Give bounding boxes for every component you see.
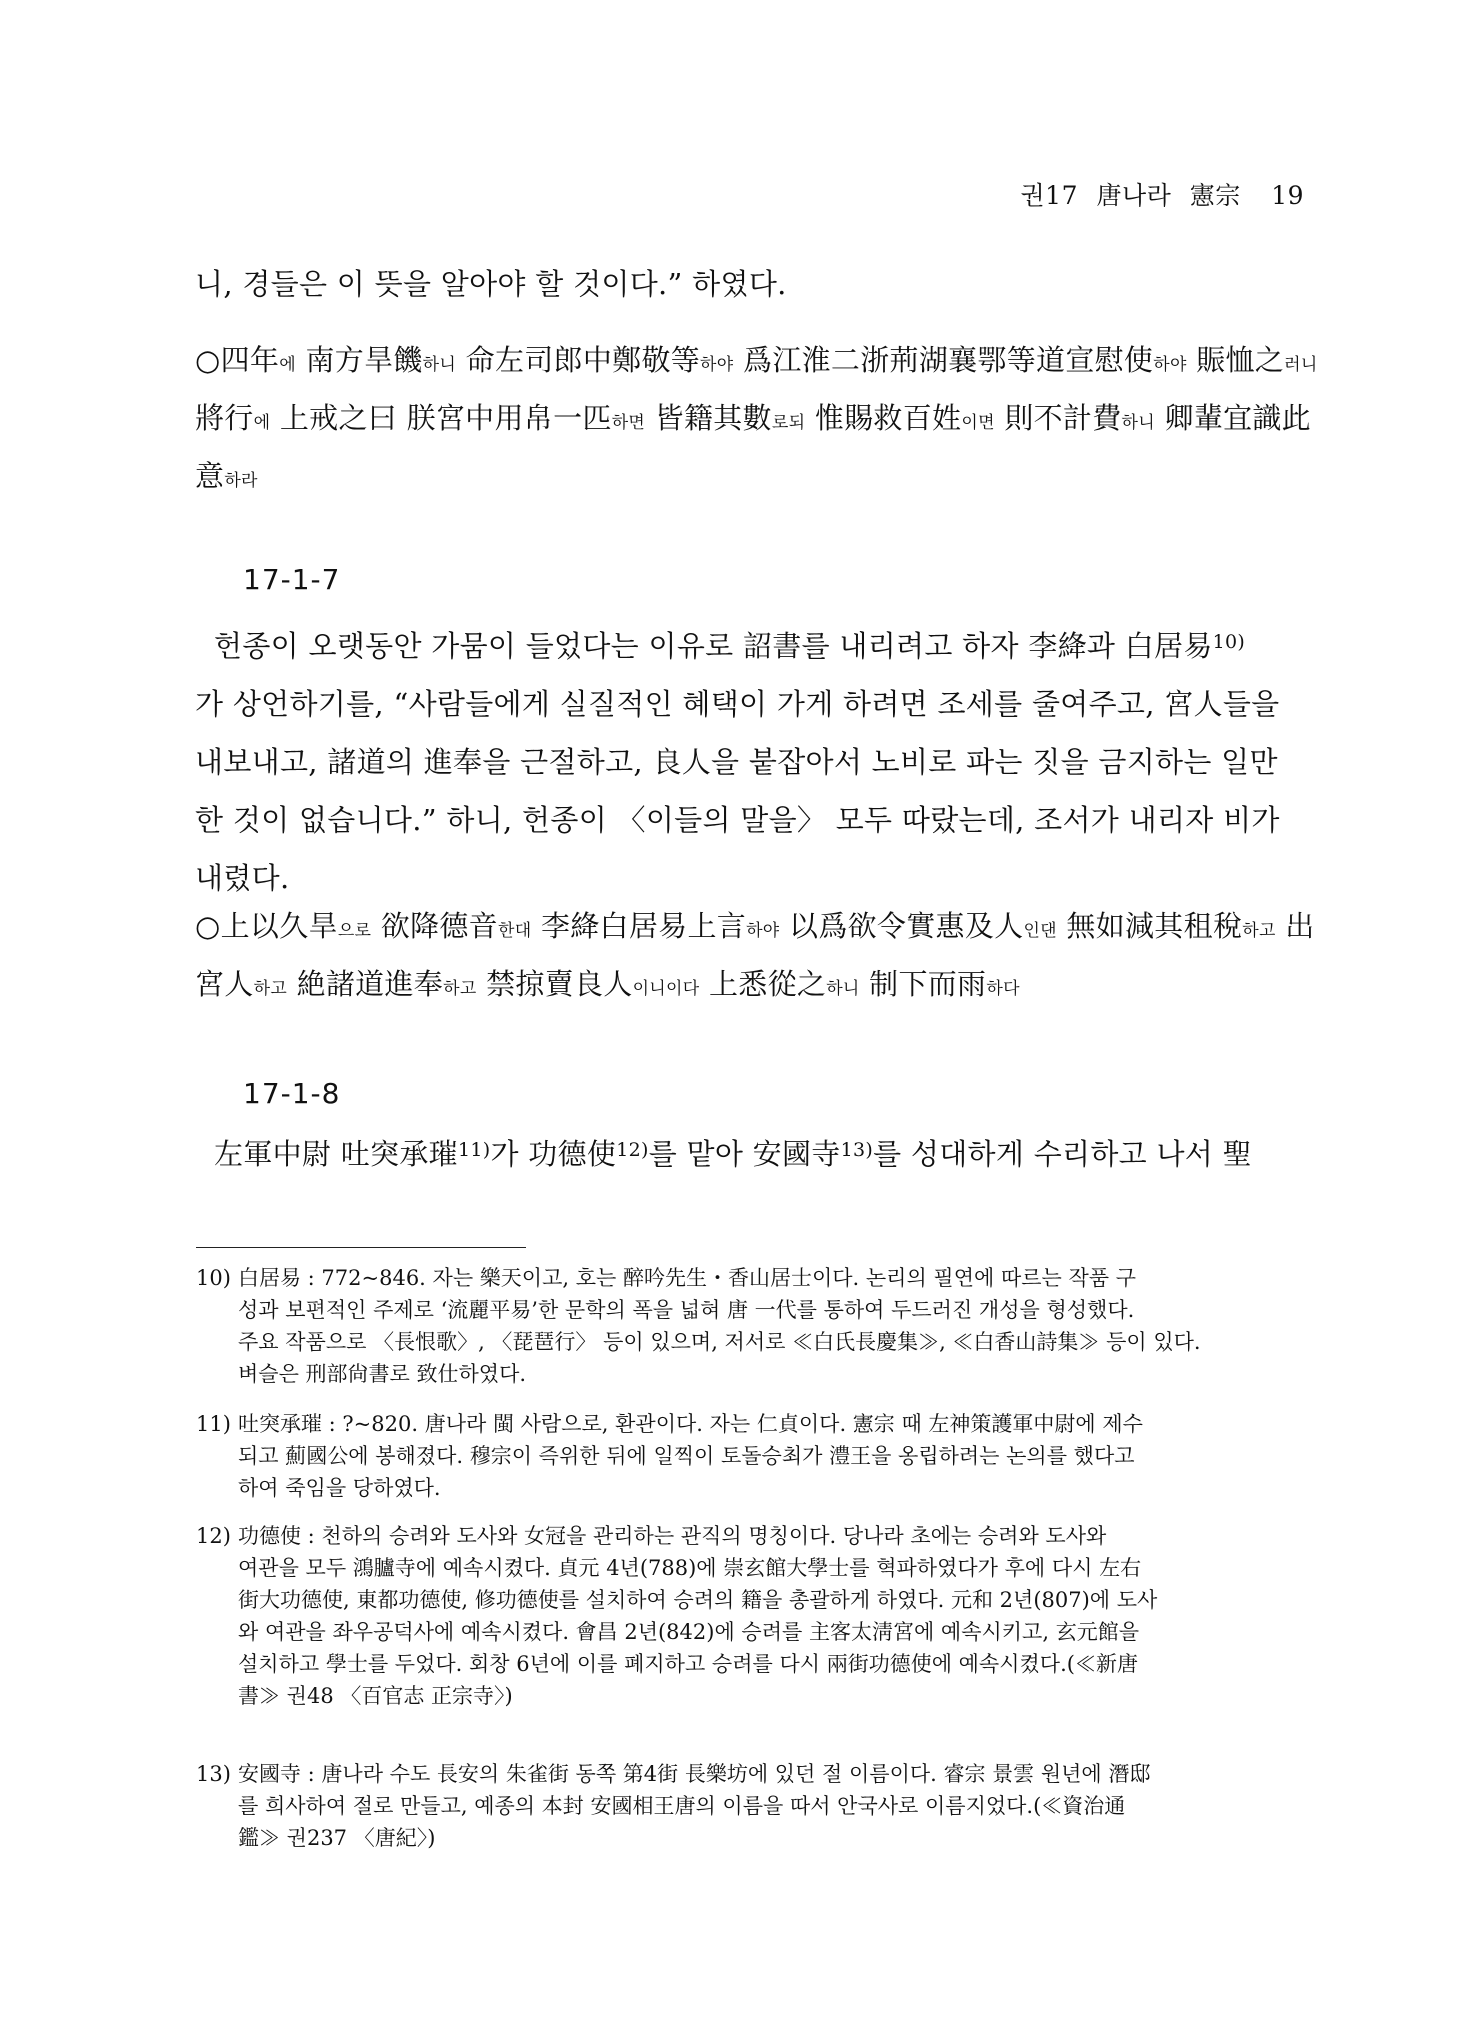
section-id: 17-1-8 (243, 1077, 340, 1110)
hanja-text: 制下而雨 (860, 967, 987, 1001)
hanja-text: 爲江淮二浙荊湖襄鄂等道宣慰使 (734, 343, 1154, 377)
hanja-text: 上悉從之 (699, 967, 826, 1001)
hanja-text: ○四年 (195, 343, 279, 377)
section-id: 17-1-7 (243, 563, 340, 596)
footnote: 10)白居易 : 772~846. 자는 樂天이고, 호는 醉吟先生・香山居士이… (196, 1262, 1300, 1390)
translation-line: 가 상언하기를, “사람들에게 실질적인 혜택이 가게 하려면 조세를 줄여주고… (195, 682, 1295, 723)
gugyeol-suffix: 에 (279, 355, 296, 375)
footnote-line: 주요 작품으로 〈長恨歌〉, 〈琵琶行〉 등이 있으며, 저서로 ≪白氏長慶集≫… (238, 1326, 1300, 1358)
original-text-line: 宮人하고 絶諸道進奉하고 禁掠賣良人이니이다 上悉從之하니 制下而雨하다 (195, 962, 1295, 1003)
footnote-number: 13) (196, 1758, 231, 1790)
footnote-line: 하여 죽임을 당하였다. (238, 1472, 1300, 1504)
footnote-number: 11) (196, 1408, 231, 1440)
footnote-line: 吐突承璀 : ?~820. 唐나라 閩 사람으로, 환관이다. 자는 仁貞이다.… (238, 1408, 1300, 1440)
intro-line: 니, 경들은 이 뜻을 알아야 할 것이다.” 하였다. (195, 262, 1295, 303)
header-dynasty: 唐나라 (1096, 181, 1171, 210)
original-text-line: ○上以久旱으로 欲降德音한대 李絳白居易上言하야 以爲欲令實惠及人인댄 無如減其… (195, 904, 1295, 945)
gugyeol-suffix: 으로 (338, 921, 371, 941)
translation-line: 헌종이 오랫동안 가뭄이 들었다는 이유로 詔書를 내리려고 하자 李絳과 白居… (195, 624, 1295, 665)
footnote-number: 10) (196, 1262, 231, 1294)
footnote-ref[interactable]: 13) (841, 1139, 874, 1161)
footnote-rule (196, 1247, 526, 1248)
hanja-text: 上戒之曰 朕宮中用帛一匹 (270, 401, 611, 435)
section-2-line: 左軍中尉 吐突承璀11)가 功德使12)를 맡아 安國寺13)를 성대하게 수리… (195, 1132, 1295, 1173)
hanja-text: 皆籍其數 (645, 401, 772, 435)
hanja-text: 南方旱饑 (296, 343, 423, 377)
hanja-text: 惟賜救百姓 (805, 401, 961, 435)
translation-text: 가 상언하기를, “사람들에게 실질적인 혜택이 가게 하려면 조세를 줄여주고… (195, 687, 1279, 721)
header-volume: 권17 (1021, 181, 1078, 210)
gugyeol-suffix: 러니 (1284, 355, 1317, 375)
gugyeol-suffix: 하니 (423, 355, 456, 375)
translation-line: 한 것이 없습니다.” 하니, 헌종이 〈이들의 말을〉 모두 따랐는데, 조서… (195, 798, 1295, 839)
hanja-text: 卿輩宜識此 (1155, 401, 1311, 435)
footnote-line: 설치하고 學士를 두었다. 회창 6년에 이를 폐지하고 승려를 다시 兩街功德… (238, 1648, 1300, 1680)
header-emperor: 憲宗 (1190, 181, 1241, 210)
gugyeol-suffix: 하면 (612, 413, 645, 433)
gugyeol-suffix: 하야 (700, 355, 733, 375)
hanja-text: 宮人 (195, 967, 254, 1001)
footnote-ref[interactable]: 12) (616, 1139, 649, 1161)
footnote-line: 여관을 모두 鴻臚寺에 예속시켰다. 貞元 4년(788)에 崇玄館大學士를 혁… (238, 1552, 1300, 1584)
gugyeol-suffix: 하고 (443, 979, 476, 999)
hanja-text: 出 (1276, 909, 1315, 943)
footnote-line: 성과 보편적인 주제로 ‘流麗平易’한 문학의 폭을 넓혀 唐 一代를 통하여 … (238, 1294, 1300, 1326)
hanja-text: 以爲欲令實惠及人 (780, 909, 1024, 943)
hanja-text: 命左司郎中鄭敬等 (456, 343, 700, 377)
translation-text: 내보내고, 諸道의 進奉을 근절하고, 良人을 붙잡아서 노비로 파는 짓을 금… (195, 745, 1278, 779)
footnote-line: 를 희사하여 절로 만들고, 예종의 本封 安國相王唐의 이름을 따서 안국사로… (238, 1790, 1300, 1822)
footnote-line: 와 여관을 좌우공덕사에 예속시켰다. 會昌 2년(842)에 승려를 主客太淸… (238, 1616, 1300, 1648)
hanja-text: 則不計費 (995, 401, 1122, 435)
translation-text: 가 功德使 (490, 1137, 616, 1171)
hanja-text: 禁掠賣良人 (477, 967, 633, 1001)
hanja-text: 將行 (195, 401, 254, 435)
gugyeol-suffix: 하야 (746, 921, 779, 941)
gugyeol-suffix: 하고 (254, 979, 287, 999)
running-header: 권17 唐나라 憲宗 19 (1011, 176, 1304, 212)
footnote: 12)功德使 : 천하의 승려와 도사와 女冠을 관리하는 관직의 명칭이다. … (196, 1520, 1300, 1712)
footnote-line: 書≫ 권48 〈百官志 正宗寺〉) (238, 1680, 1300, 1712)
footnote-line: 되고 薊國公에 봉해졌다. 穆宗이 즉위한 뒤에 일찍이 토돌승최가 澧王을 옹… (238, 1440, 1300, 1472)
footnote-line: 街大功德使, 東都功德使, 修功德使를 설치하여 승려의 籍을 총괄하게 하였다… (238, 1584, 1300, 1616)
footnote-line: 벼슬은 刑部尙書로 致仕하였다. (238, 1358, 1300, 1390)
footnote-line: 安國寺 : 唐나라 수도 長安의 朱雀街 동쪽 第4街 長樂坊에 있던 절 이름… (238, 1758, 1300, 1790)
original-text-line: 意하라 (195, 454, 1295, 495)
translation-line: 내보내고, 諸道의 進奉을 근절하고, 良人을 붙잡아서 노비로 파는 짓을 금… (195, 740, 1295, 781)
hanja-text: 無如減其租稅 (1057, 909, 1242, 943)
gugyeol-suffix: 하라 (224, 471, 257, 491)
gugyeol-suffix: 하야 (1153, 355, 1186, 375)
gugyeol-suffix: 한대 (498, 921, 531, 941)
hanja-text: ○上以久旱 (195, 909, 338, 943)
footnote-ref[interactable]: 10) (1213, 631, 1246, 653)
footnote-line: 白居易 : 772~846. 자는 樂天이고, 호는 醉吟先生・香山居士이다. … (238, 1262, 1300, 1294)
translation-text: 한 것이 없습니다.” 하니, 헌종이 〈이들의 말을〉 모두 따랐는데, 조서… (195, 803, 1280, 837)
gugyeol-suffix: 하니 (826, 979, 859, 999)
page-number: 19 (1271, 181, 1304, 210)
original-text-line: ○四年에 南方旱饑하니 命左司郎中鄭敬等하야 爲江淮二浙荊湖襄鄂等道宣慰使하야 … (195, 338, 1295, 379)
footnote-ref[interactable]: 11) (458, 1139, 491, 1161)
translation-text: 를 맡아 安國寺 (649, 1137, 841, 1171)
translation-text: 내렸다. (195, 861, 289, 895)
hanja-text: 李絳白居易上言 (531, 909, 746, 943)
gugyeol-suffix: 하니 (1122, 413, 1155, 433)
footnote: 11)吐突承璀 : ?~820. 唐나라 閩 사람으로, 환관이다. 자는 仁貞… (196, 1408, 1300, 1504)
gugyeol-suffix: 로되 (772, 413, 805, 433)
translation-text: 헌종이 오랫동안 가뭄이 들었다는 이유로 詔書를 내리려고 하자 李絳과 白居… (195, 629, 1213, 663)
footnote: 13)安國寺 : 唐나라 수도 長安의 朱雀街 동쪽 第4街 長樂坊에 있던 절… (196, 1758, 1300, 1854)
footnote-line: 鑑≫ 권237 〈唐紀〉) (238, 1822, 1300, 1854)
footnote-line: 功德使 : 천하의 승려와 도사와 女冠을 관리하는 관직의 명칭이다. 당나라… (238, 1520, 1300, 1552)
gugyeol-suffix: 이니이다 (633, 979, 700, 999)
footnote-number: 12) (196, 1520, 231, 1552)
hanja-text: 絶諸道進奉 (287, 967, 443, 1001)
gugyeol-suffix: 하다 (986, 979, 1019, 999)
hanja-text: 欲降德音 (371, 909, 498, 943)
original-text-line: 將行에 上戒之曰 朕宮中用帛一匹하면 皆籍其數로되 惟賜救百姓이면 則不計費하니… (195, 396, 1295, 437)
hanja-text: 賑恤之 (1187, 343, 1284, 377)
gugyeol-suffix: 이면 (961, 413, 994, 433)
gugyeol-suffix: 인댄 (1023, 921, 1056, 941)
translation-text: 左軍中尉 吐突承璀 (195, 1137, 458, 1171)
hanja-text: 意 (195, 459, 224, 493)
translation-line: 내렸다. (195, 856, 1295, 897)
translation-text: 를 성대하게 수리하고 나서 聖 (873, 1137, 1252, 1171)
gugyeol-suffix: 하고 (1242, 921, 1275, 941)
gugyeol-suffix: 에 (254, 413, 271, 433)
